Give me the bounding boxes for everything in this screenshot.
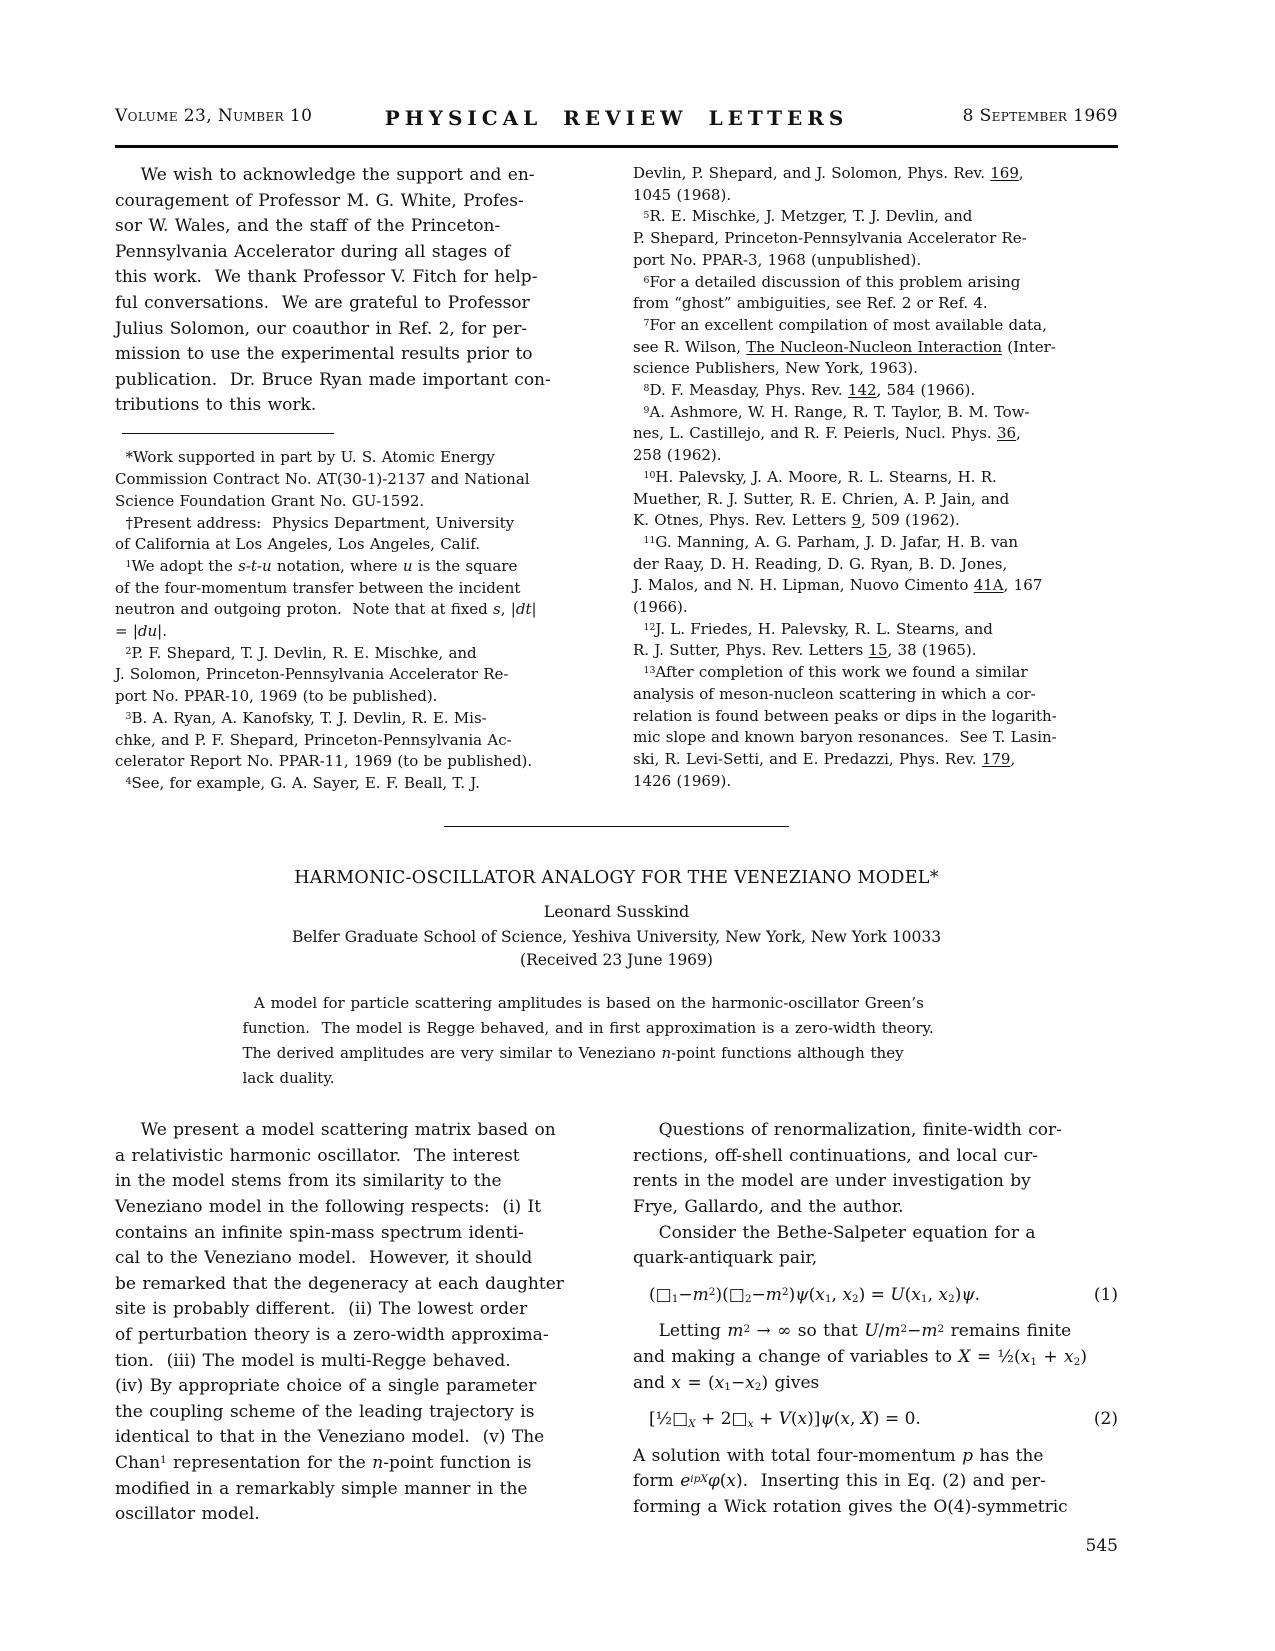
text-line: mic slope and known baryon resonances. S… xyxy=(633,727,1118,749)
text-line: of the four-momentum transfer between th… xyxy=(115,578,600,600)
text-line: this work. We thank Professor V. Fitch f… xyxy=(115,265,600,291)
equation-1-number: (1) xyxy=(1086,1283,1118,1309)
text-line: Science Foundation Grant No. GU-1592. xyxy=(115,491,600,513)
text-line: K. Otnes, Phys. Rev. Letters 9, 509 (196… xyxy=(633,510,1118,532)
text-line: sor W. Wales, and the staff of the Princ… xyxy=(115,214,600,240)
text-line: function. The model is Regge behaved, an… xyxy=(243,1016,991,1041)
equation-1: (□1−m2)(□2−m2)ψ(x1, x2) = U(x1, x2)ψ. (1… xyxy=(633,1283,1118,1309)
text-line: Commission Contract No. AT(30-1)-2137 an… xyxy=(115,469,600,491)
text-line: forming a Wick rotation gives the O(4)-s… xyxy=(633,1495,1118,1521)
text-line: 258 (1962). xyxy=(633,445,1118,467)
text-line: site is probably different. (ii) The low… xyxy=(115,1297,600,1323)
text-line: der Raay, D. H. Reading, D. G. Ryan, B. … xyxy=(633,554,1118,576)
text-line: 12J. L. Friedes, H. Palevsky, R. L. Stea… xyxy=(633,619,1118,641)
text-line: form eipXφ(x). Inserting this in Eq. (2)… xyxy=(633,1469,1118,1495)
volume-issue: Volume 23, Number 10 xyxy=(115,106,312,126)
text-line: Chan1 representation for the n-point fun… xyxy=(115,1451,600,1477)
text-line: P. Shepard, Princeton-Pennsylvania Accel… xyxy=(633,228,1118,250)
text-line: port No. PPAR-10, 1969 (to be published)… xyxy=(115,686,600,708)
body-right-para4: A solution with total four-momentum p ha… xyxy=(633,1444,1118,1521)
right-column: Devlin, P. Shepard, and J. Solomon, Phys… xyxy=(633,163,1118,795)
article-body: We present a model scattering matrix bas… xyxy=(115,1118,1118,1528)
text-line: 6For a detailed discussion of this probl… xyxy=(633,272,1118,294)
article-header: HARMONIC-OSCILLATOR ANALOGY FOR THE VENE… xyxy=(115,868,1118,1091)
text-line: 9A. Ashmore, W. H. Range, R. T. Taylor, … xyxy=(633,402,1118,424)
text-line: 8D. F. Measday, Phys. Rev. 142, 584 (196… xyxy=(633,380,1118,402)
text-line: Frye, Gallardo, and the author. xyxy=(633,1195,1118,1221)
text-line: identical to that in the Veneziano model… xyxy=(115,1425,600,1451)
letter-end-section: We wish to acknowledge the support and e… xyxy=(115,163,1118,795)
text-line: publication. Dr. Bruce Ryan made importa… xyxy=(115,368,600,394)
equation-2-number: (2) xyxy=(1086,1407,1118,1433)
text-line: lack duality. xyxy=(243,1066,991,1091)
text-line: tributions to this work. xyxy=(115,393,600,419)
text-line: celerator Report No. PPAR-11, 1969 (to b… xyxy=(115,751,600,773)
text-line: Letting m2 → ∞ so that U/m2−m2 remains f… xyxy=(633,1319,1118,1345)
text-line: = |du|. xyxy=(115,621,600,643)
text-line: Consider the Bethe-Salpeter equation for… xyxy=(633,1221,1118,1247)
text-line: from “ghost” ambiguities, see Ref. 2 or … xyxy=(633,293,1118,315)
text-line: ful conversations. We are grateful to Pr… xyxy=(115,291,600,317)
text-line: ski, R. Levi-Setti, and E. Predazzi, Phy… xyxy=(633,749,1118,771)
text-line: rents in the model are under investigati… xyxy=(633,1169,1118,1195)
article-abstract: A model for particle scattering amplitud… xyxy=(243,991,991,1091)
text-line: a relativistic harmonic oscillator. The … xyxy=(115,1144,600,1170)
text-line: tion. (iii) The model is multi-Regge beh… xyxy=(115,1349,600,1375)
text-line: Veneziano model in the following respect… xyxy=(115,1195,600,1221)
text-line: port No. PPAR-3, 1968 (unpublished). xyxy=(633,250,1118,272)
body-right-para3: Letting m2 → ∞ so that U/m2−m2 remains f… xyxy=(633,1319,1118,1396)
text-line: mission to use the experimental results … xyxy=(115,342,600,368)
text-line: of California at Los Angeles, Los Angele… xyxy=(115,534,600,556)
text-line: R. J. Sutter, Phys. Rev. Letters 15, 38 … xyxy=(633,640,1118,662)
header-rule xyxy=(115,145,1118,148)
text-line: and making a change of variables to X = … xyxy=(633,1345,1118,1371)
text-line: of perturbation theory is a zero-width a… xyxy=(115,1323,600,1349)
text-line: A solution with total four-momentum p ha… xyxy=(633,1444,1118,1470)
equation-1-expression: (□1−m2)(□2−m2)ψ(x1, x2) = U(x1, x2)ψ. xyxy=(649,1283,980,1309)
text-line: †Present address: Physics Department, Un… xyxy=(115,513,600,535)
footnotes-list: *Work supported in part by U. S. Atomic … xyxy=(115,447,600,794)
text-line: (iv) By appropriate choice of a single p… xyxy=(115,1374,600,1400)
footnote-divider xyxy=(122,433,334,435)
text-line: rections, off-shell continuations, and l… xyxy=(633,1144,1118,1170)
text-line: contains an infinite spin-mass spectrum … xyxy=(115,1221,600,1247)
text-line: We present a model scattering matrix bas… xyxy=(115,1118,600,1144)
text-line: couragement of Professor M. G. White, Pr… xyxy=(115,189,600,215)
body-right-para2: Consider the Bethe-Salpeter equation for… xyxy=(633,1221,1118,1272)
text-line: and x = (x1−x2) gives xyxy=(633,1371,1118,1397)
body-left-paragraph: We present a model scattering matrix bas… xyxy=(115,1118,600,1528)
text-line: Devlin, P. Shepard, and J. Solomon, Phys… xyxy=(633,163,1118,185)
text-line: 1426 (1969). xyxy=(633,771,1118,793)
text-line: *Work supported in part by U. S. Atomic … xyxy=(115,447,600,469)
text-line: neutron and outgoing proton. Note that a… xyxy=(115,599,600,621)
issue-date: 8 September 1969 xyxy=(963,106,1118,126)
text-line: 4See, for example, G. A. Sayer, E. F. Be… xyxy=(115,773,600,795)
text-line: in the model stems from its similarity t… xyxy=(115,1169,600,1195)
text-line: 1045 (1968). xyxy=(633,185,1118,207)
journal-page: Volume 23, Number 10 PHYSICAL REVIEW LET… xyxy=(0,0,1275,1651)
text-line: 11G. Manning, A. G. Parham, J. D. Jafar,… xyxy=(633,532,1118,554)
article-author: Leonard Susskind xyxy=(115,902,1118,921)
text-line: science Publishers, New York, 1963). xyxy=(633,358,1118,380)
text-line: (1966). xyxy=(633,597,1118,619)
received-date: (Received 23 June 1969) xyxy=(115,951,1118,969)
left-column: We wish to acknowledge the support and e… xyxy=(115,163,600,795)
text-line: The derived amplitudes are very similar … xyxy=(243,1041,991,1066)
text-line: nes, L. Castillejo, and R. F. Peierls, N… xyxy=(633,423,1118,445)
text-line: A model for particle scattering amplitud… xyxy=(243,991,991,1016)
text-line: 1We adopt the s-t-u notation, where u is… xyxy=(115,556,600,578)
article-affiliation: Belfer Graduate School of Science, Yeshi… xyxy=(115,928,1118,946)
text-line: We wish to acknowledge the support and e… xyxy=(115,163,600,189)
body-right-column: Questions of renormalization, finite-wid… xyxy=(633,1118,1118,1528)
references-list: Devlin, P. Shepard, and J. Solomon, Phys… xyxy=(633,163,1118,792)
text-line: 7For an excellent compilation of most av… xyxy=(633,315,1118,337)
journal-title: PHYSICAL REVIEW LETTERS xyxy=(385,106,849,130)
text-line: oscillator model. xyxy=(115,1502,600,1528)
text-line: 3B. A. Ryan, A. Kanofsky, T. J. Devlin, … xyxy=(115,708,600,730)
article-divider xyxy=(444,826,789,828)
text-line: 10H. Palevsky, J. A. Moore, R. L. Stearn… xyxy=(633,467,1118,489)
text-line: 2P. F. Shepard, T. J. Devlin, R. E. Misc… xyxy=(115,643,600,665)
text-line: 5R. E. Mischke, J. Metzger, T. J. Devlin… xyxy=(633,206,1118,228)
text-line: analysis of meson-nucleon scattering in … xyxy=(633,684,1118,706)
text-line: 13After completion of this work we found… xyxy=(633,662,1118,684)
equation-2: [½□X + 2□x + V(x)]ψ(x, X) = 0. (2) xyxy=(633,1407,1118,1433)
page-header: Volume 23, Number 10 PHYSICAL REVIEW LET… xyxy=(115,106,1118,132)
text-line: chke, and P. F. Shepard, Princeton-Penns… xyxy=(115,730,600,752)
text-line: Pennsylvania Accelerator during all stag… xyxy=(115,240,600,266)
equation-2-expression: [½□X + 2□x + V(x)]ψ(x, X) = 0. xyxy=(649,1407,921,1433)
text-line: relation is found between peaks or dips … xyxy=(633,706,1118,728)
text-line: quark-antiquark pair, xyxy=(633,1246,1118,1272)
acknowledgment-paragraph: We wish to acknowledge the support and e… xyxy=(115,163,600,419)
body-right-para1: Questions of renormalization, finite-wid… xyxy=(633,1118,1118,1220)
article-title: HARMONIC-OSCILLATOR ANALOGY FOR THE VENE… xyxy=(115,868,1118,888)
text-line: see R. Wilson, The Nucleon-Nucleon Inter… xyxy=(633,337,1118,359)
text-line: J. Solomon, Princeton-Pennsylvania Accel… xyxy=(115,664,600,686)
text-line: cal to the Veneziano model. However, it … xyxy=(115,1246,600,1272)
text-line: modified in a remarkably simple manner i… xyxy=(115,1477,600,1503)
text-line: Julius Solomon, our coauthor in Ref. 2, … xyxy=(115,317,600,343)
text-line: Questions of renormalization, finite-wid… xyxy=(633,1118,1118,1144)
page-number: 545 xyxy=(115,1536,1118,1556)
text-line: Muether, R. J. Sutter, R. E. Chrien, A. … xyxy=(633,489,1118,511)
text-line: the coupling scheme of the leading traje… xyxy=(115,1400,600,1426)
text-line: be remarked that the degeneracy at each … xyxy=(115,1272,600,1298)
body-left-column: We present a model scattering matrix bas… xyxy=(115,1118,600,1528)
text-line: J. Malos, and N. H. Lipman, Nuovo Ciment… xyxy=(633,575,1118,597)
